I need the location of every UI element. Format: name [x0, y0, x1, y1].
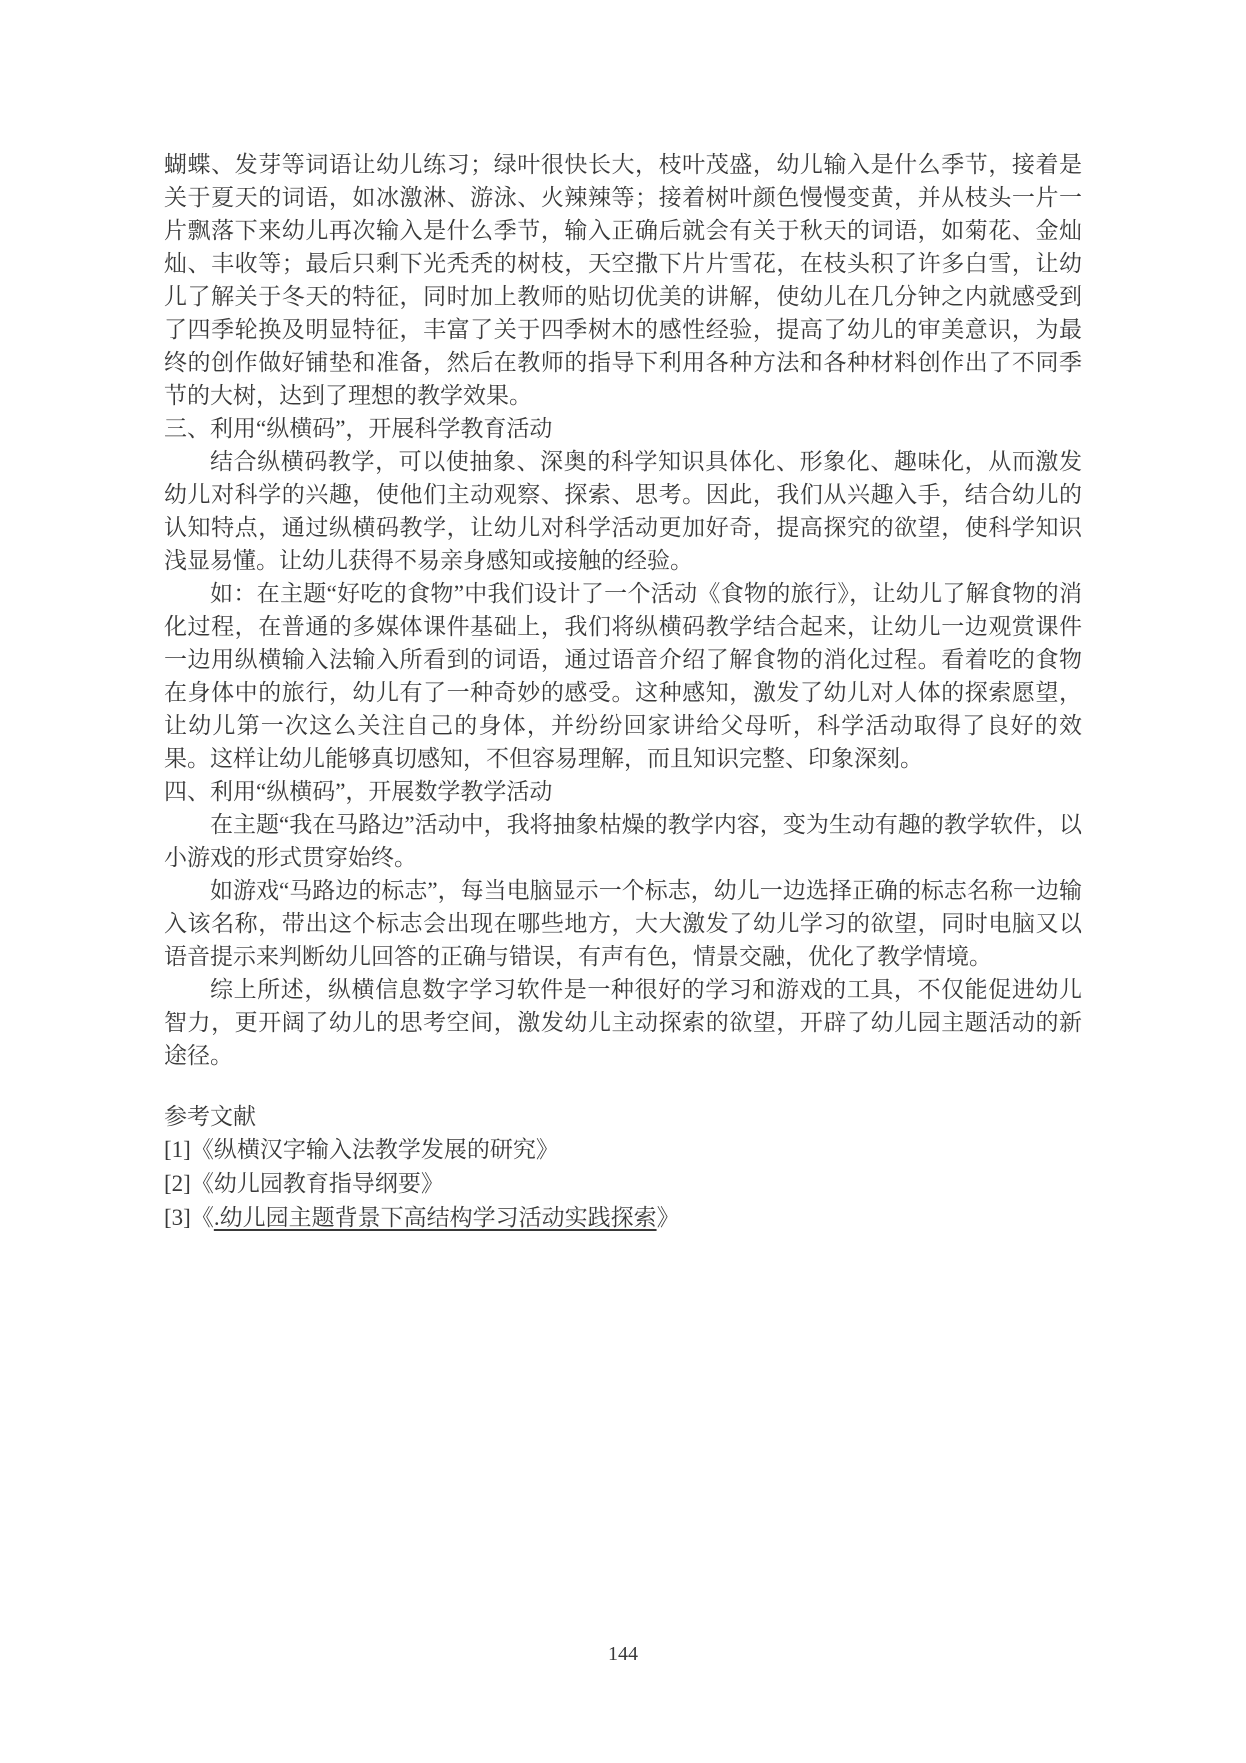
references-list: [1]《纵横汉字输入法教学发展的研究》[2]《幼儿园教育指导纲要》[3]《.幼儿…: [164, 1133, 1082, 1235]
references-section: 参考文献 [1]《纵横汉字输入法教学发展的研究》[2]《幼儿园教育指导纲要》[3…: [164, 1100, 1082, 1235]
reference-item: [3]《.幼儿园主题背景下高结构学习活动实践探索》: [164, 1201, 1082, 1235]
reference-open-bracket: 《: [191, 1137, 214, 1162]
document-content: 蝴蝶、发芽等词语让幼儿练习；绿叶很快长大，枝叶茂盛，幼儿输入是什么季节，接着是关…: [164, 148, 1082, 1235]
paragraph-science-interest: 结合纵横码教学，可以使抽象、深奥的科学知识具体化、形象化、趣味化，从而激发幼儿对…: [164, 445, 1082, 577]
references-heading: 参考文献: [164, 1100, 1082, 1133]
body-text-blocks: 蝴蝶、发芽等词语让幼儿练习；绿叶很快长大，枝叶茂盛，幼儿输入是什么季节，接着是关…: [164, 148, 1082, 1072]
reference-title: 纵横汉字输入法教学发展的研究: [214, 1137, 536, 1162]
reference-index: [2]: [164, 1171, 191, 1196]
document-page: 蝴蝶、发芽等词语让幼儿练习；绿叶很快长大，枝叶茂盛，幼儿输入是什么季节，接着是关…: [0, 0, 1246, 1763]
reference-title: 幼儿园教育指导纲要: [214, 1171, 421, 1196]
reference-close-bracket: 》: [536, 1137, 559, 1162]
reference-index: [3]: [164, 1205, 191, 1230]
paragraph-seasons-tree: 蝴蝶、发芽等词语让幼儿练习；绿叶很快长大，枝叶茂盛，幼儿输入是什么季节，接着是关…: [164, 148, 1082, 412]
reference-open-bracket: 《: [191, 1205, 214, 1230]
page-number: 144: [0, 1642, 1246, 1666]
paragraph-conclusion: 综上所述，纵横信息数字学习软件是一种很好的学习和游戏的工具，不仅能促进幼儿智力，…: [164, 973, 1082, 1072]
reference-item: [2]《幼儿园教育指导纲要》: [164, 1167, 1082, 1201]
reference-title: .幼儿园主题背景下高结构学习活动实践探索: [214, 1205, 657, 1230]
section-heading-4: 四、利用“纵横码”，开展数学教学活动: [164, 775, 1082, 808]
paragraph-food-journey: 如：在主题“好吃的食物”中我们设计了一个活动《食物的旅行》，让幼儿了解食物的消化…: [164, 577, 1082, 775]
section-heading-3: 三、利用“纵横码”，开展科学教育活动: [164, 412, 1082, 445]
reference-close-bracket: 》: [421, 1171, 444, 1196]
paragraph-roadside-theme: 在主题“我在马路边”活动中，我将抽象枯燥的教学内容，变为生动有趣的教学软件，以小…: [164, 808, 1082, 874]
reference-item: [1]《纵横汉字输入法教学发展的研究》: [164, 1133, 1082, 1167]
reference-close-bracket: 》: [657, 1205, 680, 1230]
reference-index: [1]: [164, 1137, 191, 1162]
paragraph-roadside-signs-game: 如游戏“马路边的标志”，每当电脑显示一个标志，幼儿一边选择正确的标志名称一边输入…: [164, 874, 1082, 973]
reference-open-bracket: 《: [191, 1171, 214, 1196]
